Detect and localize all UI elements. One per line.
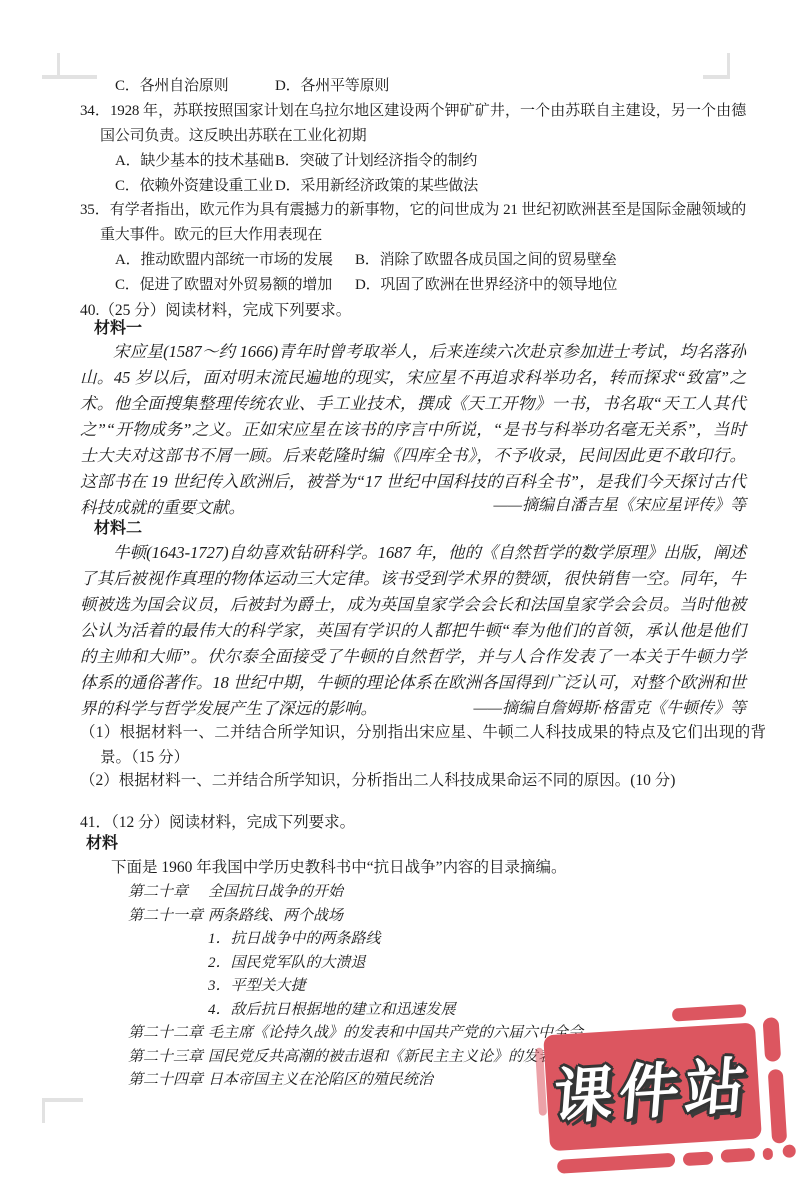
question-35: 35．有学者指出，欧元作为具有震撼力的新事物，它的问世成为 21 世纪初欧洲甚至… — [80, 198, 746, 298]
chapter-sub-item: 3．平型关大捷 — [80, 975, 746, 999]
stamp-text: 课件站 — [542, 1022, 763, 1152]
stamp-brush-stroke — [782, 1144, 796, 1158]
q35-option-b: B．消除了欧盟各成员国之间的贸易壁垒 — [355, 252, 616, 268]
material-2-label: 材料二 — [80, 518, 760, 540]
q34-option-b: B．突破了计划经济指令的制约 — [275, 153, 477, 169]
q34-option-a: A．缺少基本的技术基础 — [115, 149, 275, 174]
q35-option-c: C．促进了欧盟对外贸易额的增加 — [115, 273, 355, 298]
q35-option-d: D．巩固了欧洲在世界经济中的领导地位 — [355, 277, 617, 293]
chapter-title: 国民党反共高潮的被击退和《新民主主义论》的发表 — [208, 1049, 553, 1065]
stamp-brush-stroke — [763, 1017, 782, 1062]
question-33-options-cd: C．各州自治原则D．各州平等原则 — [80, 74, 781, 99]
q33-option-d: D．各州平等原则 — [275, 78, 389, 94]
watermark-stamp: 课件站 — [529, 990, 800, 1198]
chapter-title: 全国抗日战争的开始 — [208, 884, 343, 900]
question-41-heading: 41．（12 分）阅读材料，完成下列要求。 — [80, 810, 746, 835]
stamp-brush-stroke — [557, 1153, 676, 1174]
stamp-brush-stroke — [721, 1148, 756, 1163]
chapter-label: 第二十二章 — [128, 1022, 208, 1046]
chapter-title: 两条路线、两个战场 — [208, 908, 343, 924]
q35-option-a: A．推动欧盟内部统一市场的发展 — [115, 248, 355, 273]
question-40-sub-2: （2）根据材料一、二并结合所学知识，分析指出二人科技成果命运不同的原因。(10 … — [80, 768, 766, 793]
chapter-row: 第二十一章两条路线、两个战场 — [80, 905, 746, 929]
chapter-sub-item: 1．抗日战争中的两条路线 — [80, 928, 746, 952]
question-34-stem: 34．1928 年，苏联按照国家计划在乌拉尔地区建设两个钾矿矿井，一个由苏联自主… — [80, 99, 746, 149]
chapter-label: 第二十三章 — [128, 1046, 208, 1070]
material-1-label: 材料一 — [80, 318, 760, 340]
chapter-label: 第二十四章 — [128, 1069, 208, 1093]
chapter-label: 第二十章 — [128, 881, 208, 905]
q34-options-cd: C．依赖外资建设重工业D．采用新经济政策的某些做法 — [80, 174, 746, 199]
chapter-title: 日本帝国主义在沦陷区的殖民统治 — [208, 1072, 433, 1088]
q33-option-c: C．各州自治原则 — [115, 74, 275, 99]
chapter-label: 第二十一章 — [128, 905, 208, 929]
q34-option-d: D．采用新经济政策的某些做法 — [275, 178, 478, 194]
stamp-brush-stroke — [672, 1004, 747, 1021]
q35-options-ab: A．推动欧盟内部统一市场的发展B．消除了欧盟各成员国之间的贸易壁垒 — [80, 248, 746, 273]
material-1-source: ——摘编自潘吉星《宋应星评传》等 — [80, 494, 746, 518]
stamp-brush-stroke — [762, 1148, 773, 1161]
chapter-sub-item: 2．国民党军队的大溃退 — [80, 952, 746, 976]
material-2-source: ——摘编自詹姆斯·格雷克《牛顿传》等 — [80, 697, 746, 721]
q35-options-cd: C．促进了欧盟对外贸易额的增加D．巩固了欧洲在世界经济中的领导地位 — [80, 273, 746, 298]
material-intro: 下面是 1960 年我国中学历史教科书中“抗日战争”内容的目录摘编。 — [80, 856, 746, 880]
q34-option-c: C．依赖外资建设重工业 — [115, 174, 275, 199]
question-34: 34．1928 年，苏联按照国家计划在乌拉尔地区建设两个钾矿矿井，一个由苏联自主… — [80, 99, 746, 199]
stamp-brush-stroke — [683, 1151, 714, 1166]
question-40-sub-1: （1）根据材料一、二并结合所学知识，分别指出宋应星、牛顿二人科技成果的特点及它们… — [80, 720, 766, 770]
material-label: 材料 — [80, 833, 752, 855]
chapter-row: 第二十章全国抗日战争的开始 — [80, 881, 746, 905]
material-2-paragraph: 牛顿(1643-1727)自幼喜欢钻研科学。1687 年，他的《自然哲学的数学原… — [80, 540, 746, 722]
exam-scan-page: C．各州自治原则D．各州平等原则 34．1928 年，苏联按照国家计划在乌拉尔地… — [0, 0, 800, 1200]
stamp-brush-stroke — [768, 1069, 787, 1144]
corner-mark-bottom-left — [42, 1098, 84, 1124]
chapter-title: 毛主席《论持久战》的发表和中国共产党的六届六中全会 — [208, 1025, 583, 1041]
q34-options-ab: A．缺少基本的技术基础B．突破了计划经济指令的制约 — [80, 149, 746, 174]
question-35-stem: 35．有学者指出，欧元作为具有震撼力的新事物，它的问世成为 21 世纪初欧洲甚至… — [80, 198, 746, 248]
